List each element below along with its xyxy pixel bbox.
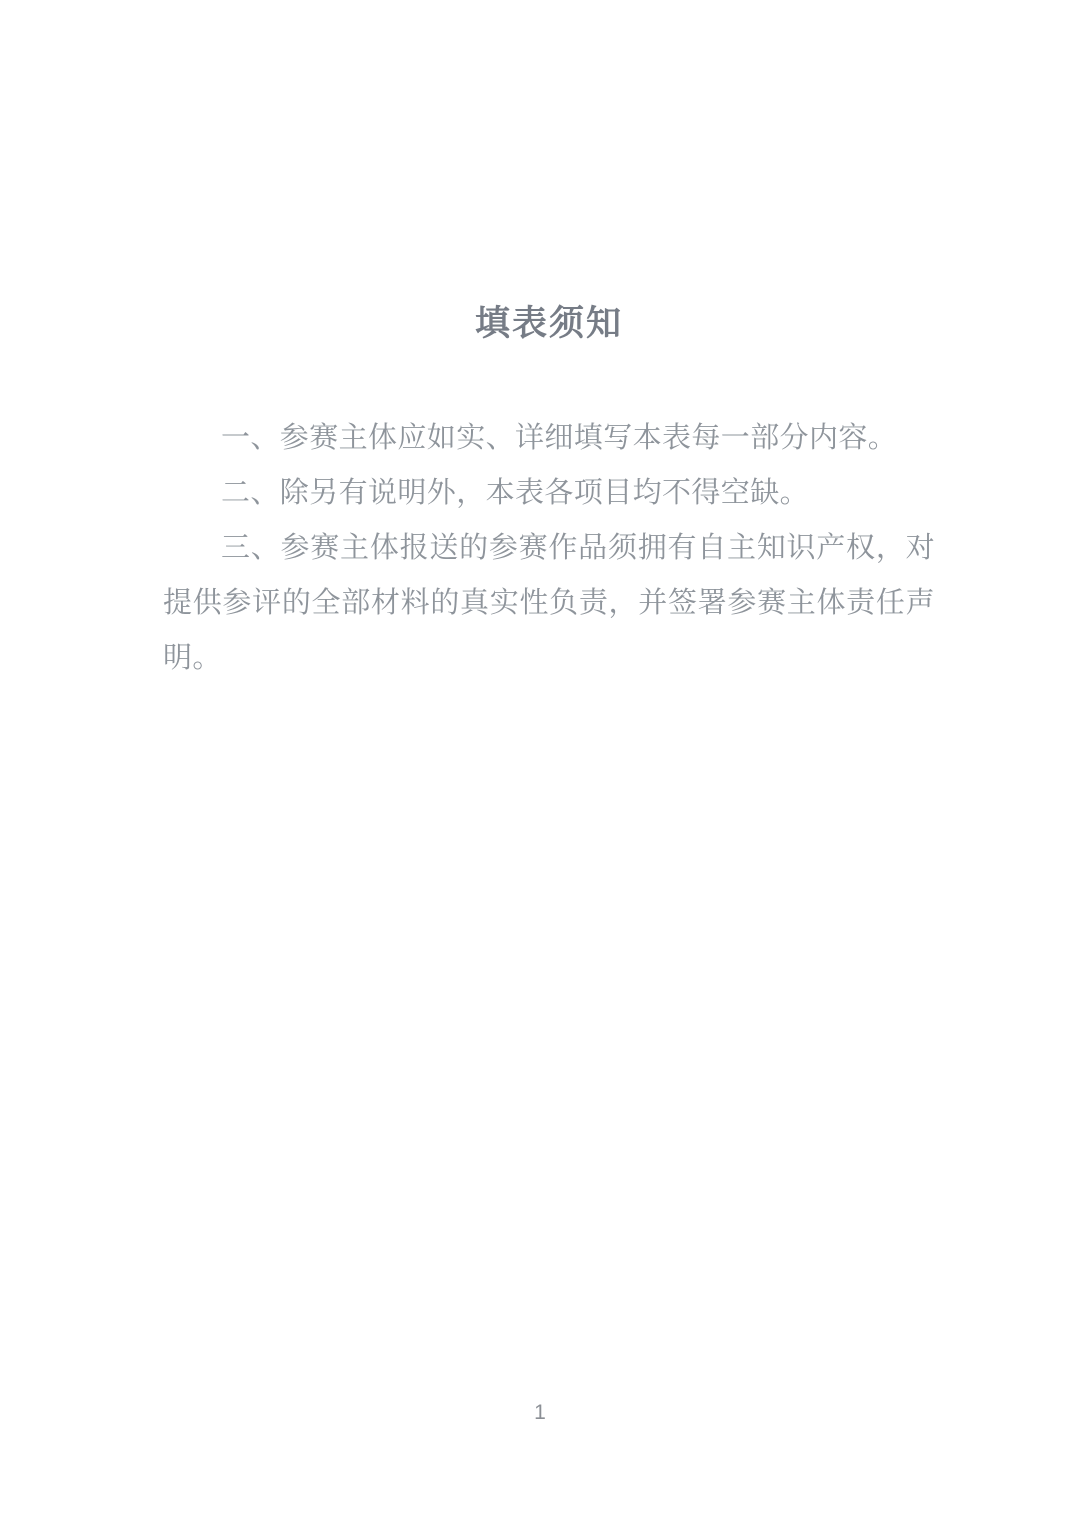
note-item-3: 三、参赛主体报送的参赛作品须拥有自主知识产权，对提供参评的全部材料的真实性负责，… xyxy=(163,521,935,686)
page-number: 1 xyxy=(0,1398,1080,1428)
document-page: 填表须知 一、参赛主体应如实、详细填写本表每一部分内容。 二、除另有说明外，本表… xyxy=(0,0,1080,1514)
page-title: 填表须知 xyxy=(163,303,935,345)
note-item-1: 一、参赛主体应如实、详细填写本表每一部分内容。 xyxy=(163,411,935,466)
note-item-2: 二、除另有说明外，本表各项目均不得空缺。 xyxy=(163,466,935,521)
notes-section: 一、参赛主体应如实、详细填写本表每一部分内容。 二、除另有说明外，本表各项目均不… xyxy=(163,411,935,686)
